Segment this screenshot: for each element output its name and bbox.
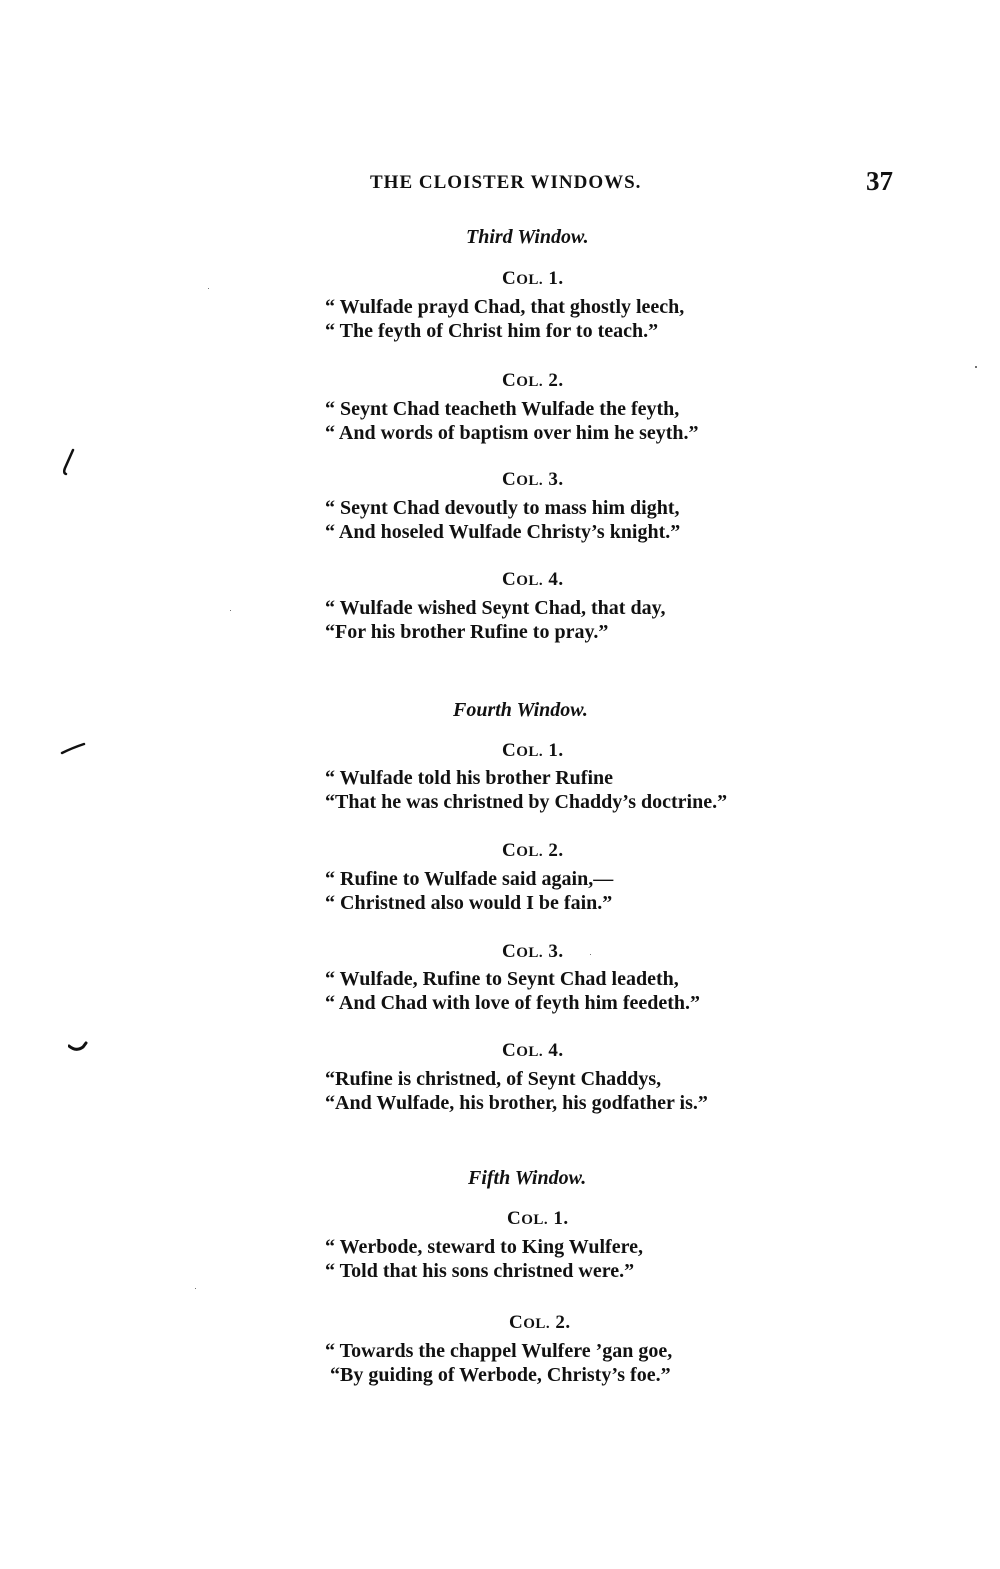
col-label: COL. 1. <box>502 268 564 290</box>
col-label: COL. 1. <box>502 740 564 762</box>
verse-line: “ And Chad with love of feyth him feedet… <box>325 992 700 1015</box>
col-label: COL. 3. <box>502 941 564 963</box>
verse-line: “And Wulfade, his brother, his godfather… <box>325 1092 708 1115</box>
section-title-third-window: Third Window. <box>466 226 589 249</box>
col-label: COL. 4. <box>502 1040 564 1062</box>
verse-line: “ Werbode, steward to King Wulfere, <box>325 1236 643 1259</box>
verse-line: “ Christned also would I be fain.” <box>325 892 612 915</box>
running-head: THE CLOISTER WINDOWS. 37 <box>0 170 1000 200</box>
verse-line: “ Rufine to Wulfade said again,— <box>325 868 613 891</box>
verse-line: “For his brother Rufine to pray.” <box>325 621 608 644</box>
verse-line: “ And words of baptism over him he seyth… <box>325 422 699 445</box>
running-title: THE CLOISTER WINDOWS. <box>370 172 641 194</box>
section-title-fifth-window: Fifth Window. <box>468 1167 586 1190</box>
verse-line: “ Wulfade told his brother Rufine <box>325 767 613 790</box>
col-label: COL. 3. <box>502 469 564 491</box>
margin-mark-icon <box>60 448 76 476</box>
verse-line: “ Wulfade prayd Chad, that ghostly leech… <box>325 296 684 319</box>
section-title-fourth-window: Fourth Window. <box>453 699 588 722</box>
verse-line: “ Seynt Chad devoutly to mass him dight, <box>325 497 680 520</box>
verse-line: “ The feyth of Christ him for to teach.” <box>325 320 658 343</box>
margin-mark-icon <box>68 1040 88 1054</box>
verse-line: “ Wulfade, Rufine to Seynt Chad leadeth, <box>325 968 679 991</box>
scan-speck <box>590 954 591 955</box>
verse-line: “ Towards the chappel Wulfere ’gan goe, <box>325 1340 672 1363</box>
col-label: COL. 2. <box>509 1312 571 1334</box>
scan-speck <box>975 366 977 368</box>
verse-line: “By guiding of Werbode, Christy’s foe.” <box>330 1364 671 1387</box>
col-label: COL. 2. <box>502 370 564 392</box>
scan-speck <box>230 610 231 611</box>
scan-speck <box>208 288 209 289</box>
col-label: COL. 1. <box>507 1208 569 1230</box>
verse-line: “ And hoseled Wulfade Christy’s knight.” <box>325 521 680 544</box>
page-number: 37 <box>866 166 893 197</box>
verse-line: “ Seynt Chad teacheth Wulfade the feyth, <box>325 398 679 421</box>
book-page: THE CLOISTER WINDOWS. 37 Third Window. C… <box>0 0 1000 1569</box>
margin-mark-icon <box>60 742 86 756</box>
verse-line: “ Wulfade wished Seynt Chad, that day, <box>325 597 665 620</box>
col-label: COL. 2. <box>502 840 564 862</box>
verse-line: “Rufine is christned, of Seynt Chaddys, <box>325 1068 661 1091</box>
col-label: COL. 4. <box>502 569 564 591</box>
verse-line: “That he was christned by Chaddy’s doctr… <box>325 791 727 814</box>
verse-line: “ Told that his sons christned were.” <box>325 1260 634 1283</box>
scan-speck <box>195 1288 196 1289</box>
